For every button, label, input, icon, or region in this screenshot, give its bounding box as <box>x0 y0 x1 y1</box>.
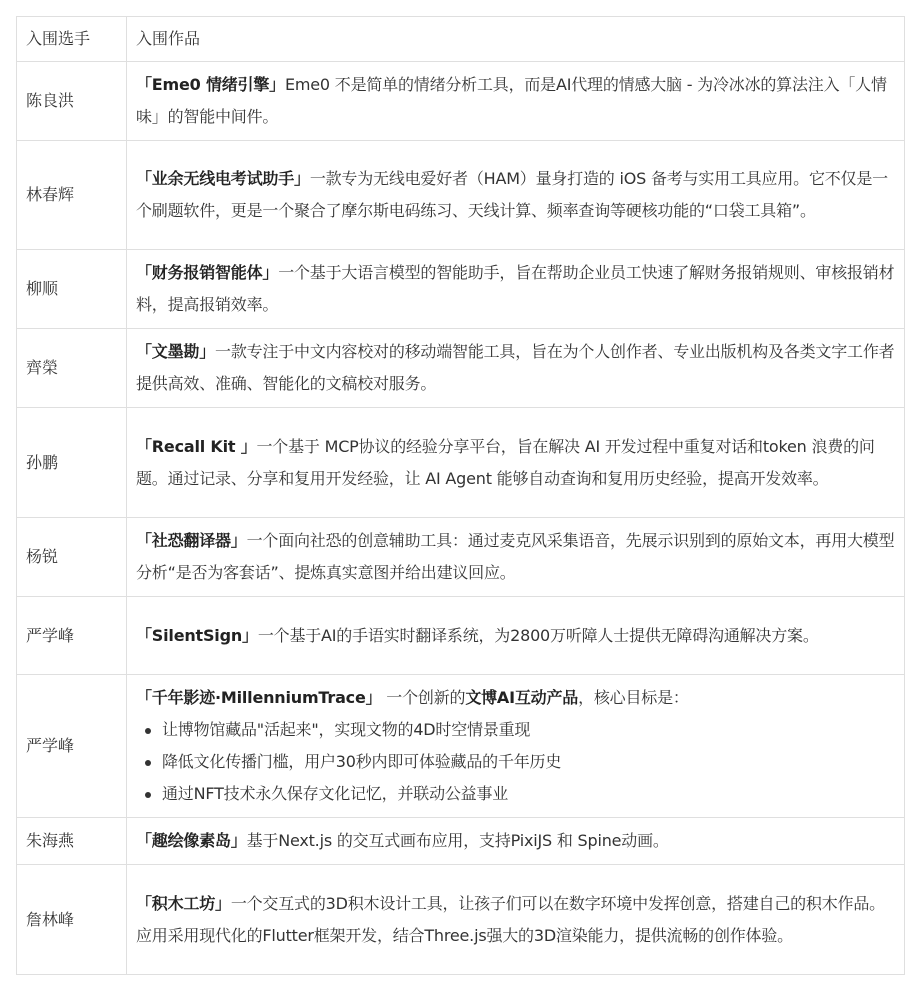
work-text-pre: 一个创新的 <box>381 688 465 707</box>
table-row: 陈良洪 「Eme0 情绪引擎」Eme0 不是简单的情绪分析工具，而是AI代理的情… <box>17 62 905 141</box>
work-text: 一个基于AI的手语实时翻译系统，为2800万听障人士提供无障碍沟通解决方案。 <box>258 626 819 645</box>
table-row: 齊榮 「文墨勘」一款专注于中文内容校对的移动端智能工具，旨在为个人创作者、专业出… <box>17 329 905 408</box>
work-description: 「财务报销智能体」一个基于大语言模型的智能助手，旨在帮助企业员工快速了解财务报销… <box>127 250 905 329</box>
work-description: 「千年影迹·MillenniumTrace」 一个创新的文博AI互动产品，核心目… <box>127 675 905 818</box>
finalist-name: 柳顺 <box>17 250 127 329</box>
goal-item: 降低文化传播门槛，用户30秒内即可体验藏品的千年历史 <box>162 746 895 778</box>
work-title: 「SilentSign」 <box>136 626 258 645</box>
work-title: 「财务报销智能体」 <box>136 263 278 282</box>
finalist-name: 朱海燕 <box>17 818 127 865</box>
work-text-bold: 文博AI互动产品 <box>465 688 578 707</box>
work-description: 「Eme0 情绪引擎」Eme0 不是简单的情绪分析工具，而是AI代理的情感大脑 … <box>127 62 905 141</box>
work-description: 「Recall Kit 」一个基于 MCP协议的经验分享平台，旨在解决 AI 开… <box>127 408 905 518</box>
finalist-name: 林春辉 <box>17 141 127 250</box>
table-row: 孙鹏 「Recall Kit 」一个基于 MCP协议的经验分享平台，旨在解决 A… <box>17 408 905 518</box>
finalist-name: 杨锐 <box>17 518 127 597</box>
finalists-table: 入围选手 入围作品 陈良洪 「Eme0 情绪引擎」Eme0 不是简单的情绪分析工… <box>16 16 905 975</box>
work-description: 「积木工坊」一个交互式的3D积木设计工具，让孩子们可以在数字环境中发挥创意，搭建… <box>127 865 905 975</box>
table-row: 朱海燕 「趣绘像素岛」基于Next.js 的交互式画布应用，支持PixiJS 和… <box>17 818 905 865</box>
header-finalist: 入围选手 <box>17 17 127 62</box>
table-row: 林春辉 「业余无线电考试助手」一款专为无线电爱好者（HAM）量身打造的 iOS … <box>17 141 905 250</box>
work-title: 「文墨勘」 <box>136 342 215 361</box>
table-row: 严学峰 「千年影迹·MillenniumTrace」 一个创新的文博AI互动产品… <box>17 675 905 818</box>
table-row: 柳顺 「财务报销智能体」一个基于大语言模型的智能助手，旨在帮助企业员工快速了解财… <box>17 250 905 329</box>
work-description: 「文墨勘」一款专注于中文内容校对的移动端智能工具，旨在为个人创作者、专业出版机构… <box>127 329 905 408</box>
work-text-post: ，核心目标是： <box>578 688 689 707</box>
work-text: 一个面向社恐的创意辅助工具：通过麦克风采集语音，先展示识别到的原始文本，再用大模… <box>136 531 894 582</box>
goals-list: 让博物馆藏品"活起来"，实现文物的4D时空情景重现 降低文化传播门槛，用户30秒… <box>136 714 895 810</box>
work-description: 「业余无线电考试助手」一款专为无线电爱好者（HAM）量身打造的 iOS 备考与实… <box>127 141 905 250</box>
work-text: 一个交互式的3D积木设计工具，让孩子们可以在数字环境中发挥创意，搭建自己的积木作… <box>136 894 885 945</box>
finalist-name: 齊榮 <box>17 329 127 408</box>
work-title: 「社恐翻译器」 <box>136 531 247 550</box>
finalist-name: 孙鹏 <box>17 408 127 518</box>
goal-item: 通过NFT技术永久保存文化记忆，并联动公益事业 <box>162 778 895 810</box>
table-row: 严学峰 「SilentSign」一个基于AI的手语实时翻译系统，为2800万听障… <box>17 597 905 675</box>
work-title: 「千年影迹·MillenniumTrace」 <box>136 688 381 707</box>
table-header-row: 入围选手 入围作品 <box>17 17 905 62</box>
work-description: 「社恐翻译器」一个面向社恐的创意辅助工具：通过麦克风采集语音，先展示识别到的原始… <box>127 518 905 597</box>
goal-item: 让博物馆藏品"活起来"，实现文物的4D时空情景重现 <box>162 714 895 746</box>
finalist-name: 詹林峰 <box>17 865 127 975</box>
work-title: 「Eme0 情绪引擎」 <box>136 75 285 94</box>
work-title: 「Recall Kit 」 <box>136 437 257 456</box>
table-row: 詹林峰 「积木工坊」一个交互式的3D积木设计工具，让孩子们可以在数字环境中发挥创… <box>17 865 905 975</box>
work-description: 「SilentSign」一个基于AI的手语实时翻译系统，为2800万听障人士提供… <box>127 597 905 675</box>
work-title: 「业余无线电考试助手」 <box>136 169 310 188</box>
finalist-name: 严学峰 <box>17 675 127 818</box>
work-text: 基于Next.js 的交互式画布应用，支持PixiJS 和 Spine动画。 <box>247 831 669 850</box>
finalist-name: 陈良洪 <box>17 62 127 141</box>
header-work: 入围作品 <box>127 17 905 62</box>
finalist-name: 严学峰 <box>17 597 127 675</box>
work-text: 一款专注于中文内容校对的移动端智能工具，旨在为个人创作者、专业出版机构及各类文字… <box>136 342 894 393</box>
work-title: 「积木工坊」 <box>136 894 231 913</box>
table-row: 杨锐 「社恐翻译器」一个面向社恐的创意辅助工具：通过麦克风采集语音，先展示识别到… <box>17 518 905 597</box>
work-description: 「趣绘像素岛」基于Next.js 的交互式画布应用，支持PixiJS 和 Spi… <box>127 818 905 865</box>
work-title: 「趣绘像素岛」 <box>136 831 247 850</box>
